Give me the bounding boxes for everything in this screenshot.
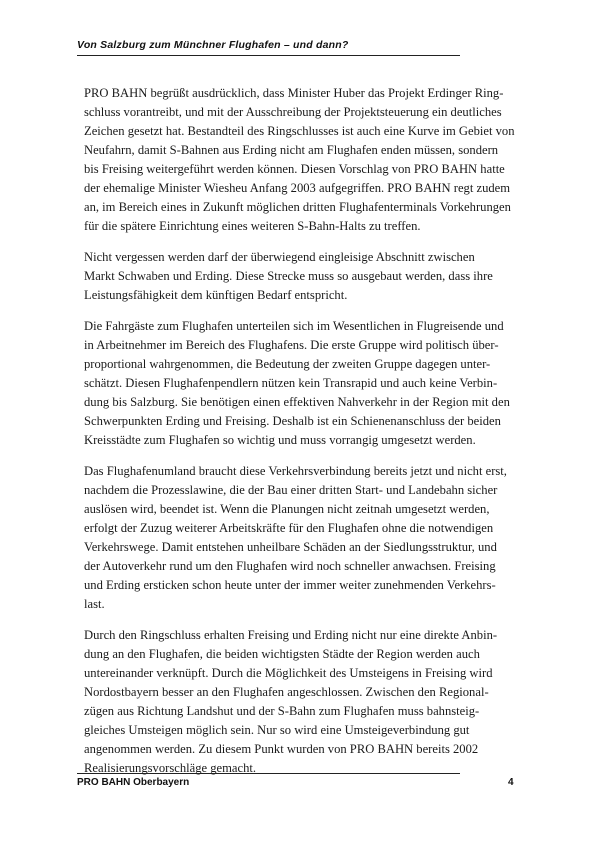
text-line: in Arbeitnehmer im Bereich des Flughafen… — [84, 336, 524, 355]
text-line: Durch den Ringschluss erhalten Freising … — [84, 626, 524, 645]
body-text: PRO BAHN begrüßt ausdrücklich, dass Mini… — [84, 84, 524, 790]
paragraph-ringschluss: PRO BAHN begrüßt ausdrücklich, dass Mini… — [84, 84, 524, 236]
text-line: auslösen wird, beendet ist. Wenn die Pla… — [84, 500, 524, 519]
text-line: Realisierungsvorschläge gemacht. — [84, 759, 524, 778]
text-line: angenommen werden. Zu diesem Punkt wurde… — [84, 740, 524, 759]
footer-organization: PRO BAHN Oberbayern — [77, 777, 189, 788]
text-line: der Autoverkehr rund um den Flughafen wi… — [84, 557, 524, 576]
paragraph-flughafenumland: Das Flughafenumland braucht diese Verkeh… — [84, 462, 524, 614]
text-line: last. — [84, 595, 524, 614]
document-page: Von Salzburg zum Münchner Flughafen – un… — [0, 0, 595, 841]
text-line: für die spätere Einrichtung eines weiter… — [84, 217, 524, 236]
paragraph-fahrgaeste: Die Fahrgäste zum Flughafen unterteilen … — [84, 317, 524, 450]
text-line: proportional wahrgenommen, die Bedeutung… — [84, 355, 524, 374]
text-line: bis Freising weitergeführt werden können… — [84, 160, 524, 179]
page-number: 4 — [508, 777, 514, 788]
text-line: Markt Schwaben und Erding. Diese Strecke… — [84, 267, 524, 286]
text-line: Verkehrswege. Damit entstehen unheilbare… — [84, 538, 524, 557]
text-line: Zeichen gesetzt hat. Bestandteil des Rin… — [84, 122, 524, 141]
text-line: untereinander verknüpft. Durch die Mögli… — [84, 664, 524, 683]
text-line: nachdem die Prozesslawine, die der Bau e… — [84, 481, 524, 500]
text-line: schätzt. Diesen Flughafenpendlern nützen… — [84, 374, 524, 393]
footer-rule — [77, 773, 460, 774]
text-line: schluss vorantreibt, und mit der Ausschr… — [84, 103, 524, 122]
text-line: Schwerpunkten Erding und Freising. Desha… — [84, 412, 524, 431]
text-line: gleiches Umsteigen möglich sein. Nur so … — [84, 721, 524, 740]
text-line: Die Fahrgäste zum Flughafen unterteilen … — [84, 317, 524, 336]
paragraph-anbindung: Durch den Ringschluss erhalten Freising … — [84, 626, 524, 778]
text-line: Das Flughafenumland braucht diese Verkeh… — [84, 462, 524, 481]
header-rule — [77, 55, 460, 56]
text-line: erfolgt der Zuzug weiterer Arbeitskräfte… — [84, 519, 524, 538]
text-line: zügen aus Richtung Landshut und der S-Ba… — [84, 702, 524, 721]
paragraph-eingleisig: Nicht vergessen werden darf der überwieg… — [84, 248, 524, 305]
text-line: Neufahrn, damit S-Bahnen aus Erding nich… — [84, 141, 524, 160]
text-line: Leistungsfähigkeit dem künftigen Bedarf … — [84, 286, 524, 305]
text-line: der ehemalige Minister Wiesheu Anfang 20… — [84, 179, 524, 198]
text-line: PRO BAHN begrüßt ausdrücklich, dass Mini… — [84, 84, 524, 103]
text-line: Nicht vergessen werden darf der überwieg… — [84, 248, 524, 267]
text-line: dung bis Salzburg. Sie benötigen einen e… — [84, 393, 524, 412]
text-line: dung an den Flughafen, die beiden wichti… — [84, 645, 524, 664]
text-line: und Erding ersticken schon heute unter d… — [84, 576, 524, 595]
text-line: Nordostbayern besser an den Flughafen an… — [84, 683, 524, 702]
running-header-title: Von Salzburg zum Münchner Flughafen – un… — [77, 39, 349, 51]
text-line: Kreisstädte zum Flughafen so wichtig und… — [84, 431, 524, 450]
text-line: an, im Bereich eines in Zukunft mögliche… — [84, 198, 524, 217]
